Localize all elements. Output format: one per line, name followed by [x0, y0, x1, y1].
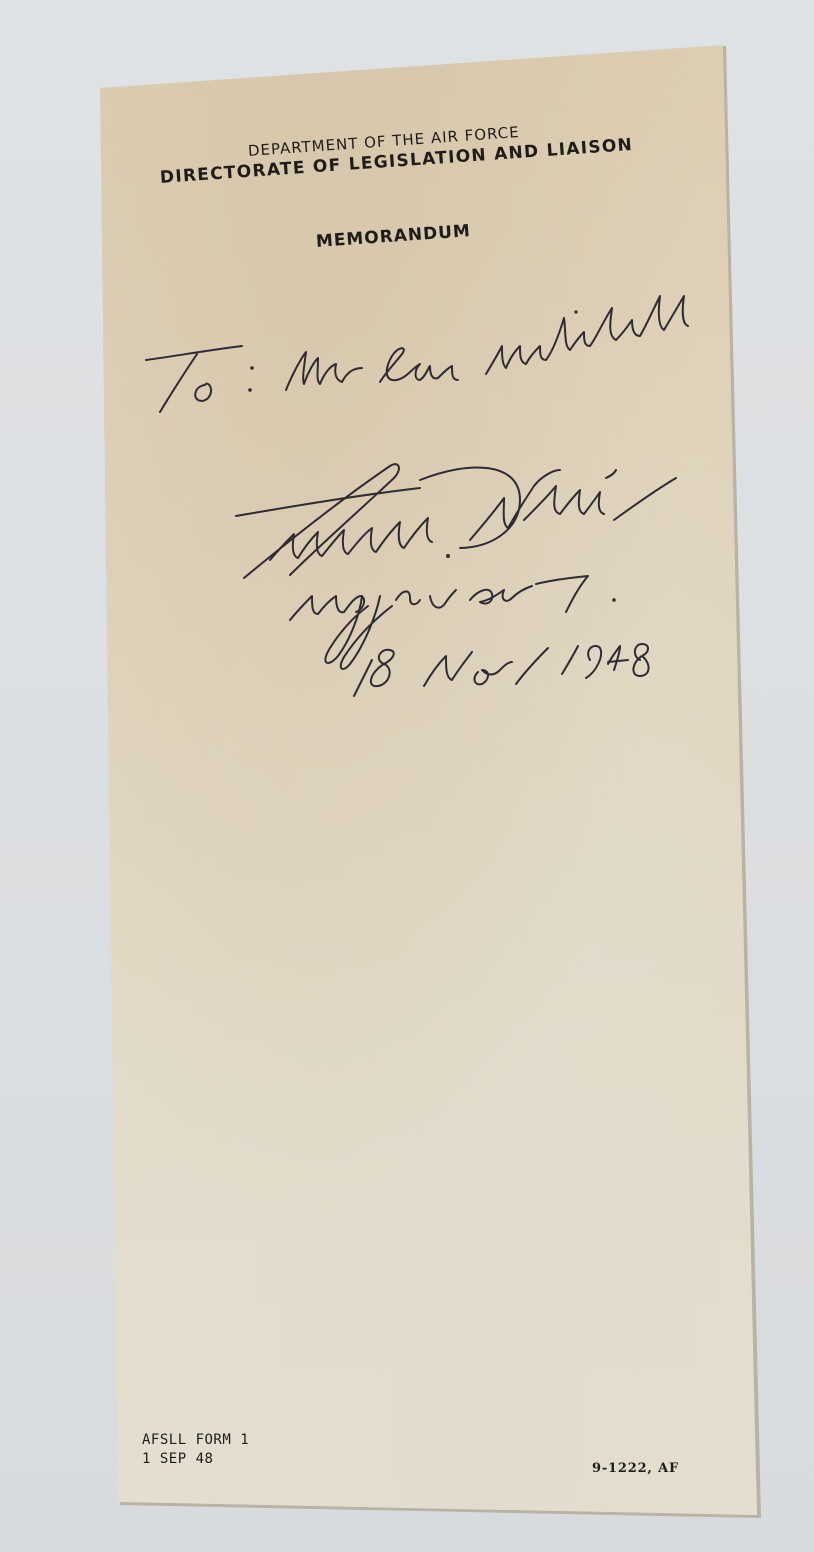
print-code: 9-1222, AF: [592, 1461, 679, 1476]
date-text: 18 Nov 1948: [0, 0, 1, 1]
rank-text: Major Gen USAF: [0, 0, 1, 1]
form-number: AFSLL FORM 1: [142, 1432, 249, 1448]
form-date: 1 SEP 48: [142, 1451, 213, 1467]
addressee-text: To: Mr Don Mitchell: [0, 0, 1, 1]
signature-text: Thomas D. White: [0, 0, 1, 1]
